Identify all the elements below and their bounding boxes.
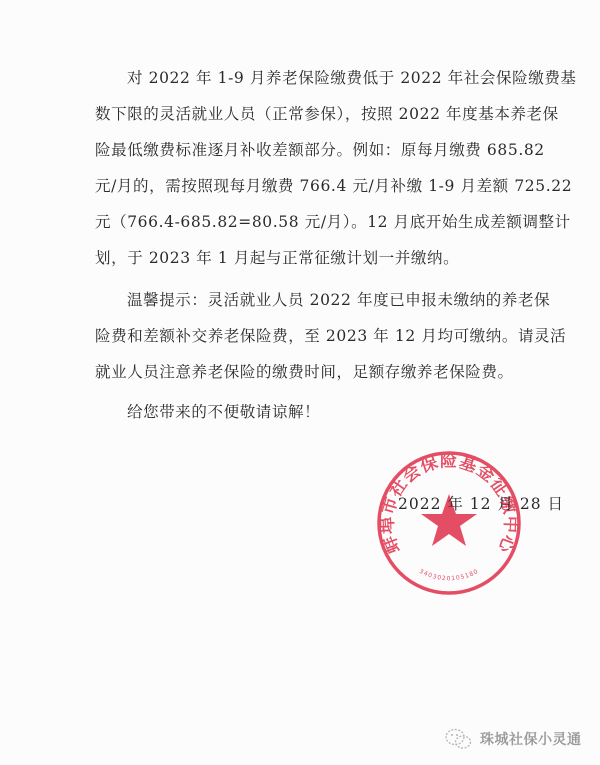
text-line: 给您带来的不便敬请谅解！ <box>95 394 525 430</box>
text-line: 温馨提示：灵活就业人员 2022 年度已申报未缴纳的养老保 <box>95 282 525 318</box>
text-line: 元/月的，需按照现每月缴费 766.4 元/月补缴 1-9 月差额 725.22 <box>95 168 525 204</box>
text-line: 数下限的灵活就业人员（正常参保），按照 2022 年度基本养老保 <box>95 96 525 132</box>
svg-text:3403020105180: 3403020105180 <box>418 568 480 582</box>
document-date: 2022 年 12 月 28 日 <box>398 492 564 514</box>
paragraph-3: 给您带来的不便敬请谅解！ <box>95 394 525 430</box>
text-line: 就业人员注意养老保险的缴费时间，足额存缴养老保险费。 <box>95 354 525 390</box>
text-line: 险费和差额补交养老保险费，至 2023 年 12 月均可缴纳。请灵活 <box>95 318 525 354</box>
text-line: 对 2022 年 1-9 月养老保险缴费低于 2022 年社会保险缴费基 <box>95 60 525 96</box>
watermark: 珠城社保小灵通 <box>444 728 582 750</box>
official-seal: 蚌埠市社会保险基金征缴中心 3403020105180 <box>374 448 524 598</box>
text-line: 划，于 2023 年 1 月起与正常征缴计划一并缴纳。 <box>95 240 525 276</box>
paragraph-1: 对 2022 年 1-9 月养老保险缴费低于 2022 年社会保险缴费基 数下限… <box>95 60 525 276</box>
text-line: 险最低缴费标准逐月补收差额部分。例如：原每月缴费 685.82 <box>95 132 525 168</box>
paragraph-2: 温馨提示：灵活就业人员 2022 年度已申报未缴纳的养老保 险费和差额补交养老保… <box>95 282 525 390</box>
document-body: 对 2022 年 1-9 月养老保险缴费低于 2022 年社会保险缴费基 数下限… <box>95 60 525 430</box>
wechat-icon <box>444 728 474 750</box>
account-name: 珠城社保小灵通 <box>480 729 582 749</box>
text-line: 元（766.4-685.82=80.58 元/月）。12 月底开始生成差额调整计 <box>95 204 525 240</box>
